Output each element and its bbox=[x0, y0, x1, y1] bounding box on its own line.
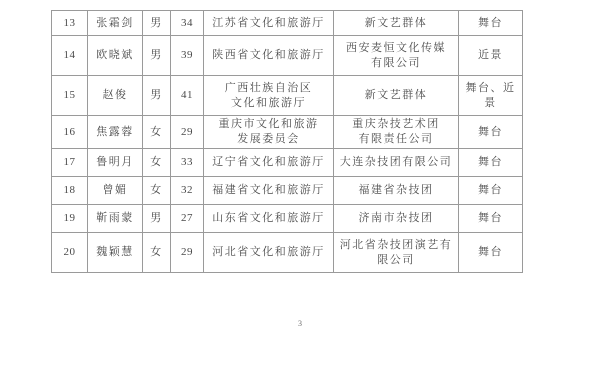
cell-work-unit: 河北省杂技团演艺有 限公司 bbox=[334, 233, 459, 273]
cell-recommending-org: 江苏省文化和旅游厅 bbox=[204, 11, 334, 36]
cell-performance-type: 舞台 bbox=[459, 149, 523, 177]
cell-performance-type: 舞台 bbox=[459, 177, 523, 205]
cell-number: 17 bbox=[52, 149, 88, 177]
cell-performance-type: 舞台 bbox=[459, 116, 523, 149]
cell-gender: 男 bbox=[143, 36, 171, 76]
table-row: 16 焦露蓉 女 29 重庆市文化和旅游 发展委员会 重庆杂技艺术团 有限责任公… bbox=[52, 116, 523, 149]
cell-recommending-org: 陕西省文化和旅游厅 bbox=[204, 36, 334, 76]
cell-age: 39 bbox=[171, 36, 204, 76]
table-row: 13 张霜剑 男 34 江苏省文化和旅游厅 新文艺群体 舞台 bbox=[52, 11, 523, 36]
cell-performance-type: 近景 bbox=[459, 36, 523, 76]
cell-work-unit: 福建省杂技团 bbox=[334, 177, 459, 205]
cell-name: 赵俊 bbox=[88, 76, 143, 116]
table-row: 15 赵俊 男 41 广西壮族自治区 文化和旅游厅 新文艺群体 舞台、近景 bbox=[52, 76, 523, 116]
cell-age: 41 bbox=[171, 76, 204, 116]
cell-number: 14 bbox=[52, 36, 88, 76]
cell-name: 曾媚 bbox=[88, 177, 143, 205]
table-row: 17 鲁明月 女 33 辽宁省文化和旅游厅 大连杂技团有限公司 舞台 bbox=[52, 149, 523, 177]
cell-work-unit: 济南市杂技团 bbox=[334, 205, 459, 233]
cell-age: 29 bbox=[171, 116, 204, 149]
cell-age: 27 bbox=[171, 205, 204, 233]
table-row: 19 靳雨蒙 男 27 山东省文化和旅游厅 济南市杂技团 舞台 bbox=[52, 205, 523, 233]
cell-work-unit: 新文艺群体 bbox=[334, 11, 459, 36]
cell-gender: 女 bbox=[143, 177, 171, 205]
cell-gender: 男 bbox=[143, 76, 171, 116]
cell-name: 魏颖慧 bbox=[88, 233, 143, 273]
cell-number: 19 bbox=[52, 205, 88, 233]
roster-table: 13 张霜剑 男 34 江苏省文化和旅游厅 新文艺群体 舞台 14 欧晓斌 男 … bbox=[51, 10, 523, 273]
cell-gender: 男 bbox=[143, 11, 171, 36]
cell-performance-type: 舞台、近景 bbox=[459, 76, 523, 116]
cell-number: 13 bbox=[52, 11, 88, 36]
table-row: 20 魏颖慧 女 29 河北省文化和旅游厅 河北省杂技团演艺有 限公司 舞台 bbox=[52, 233, 523, 273]
cell-work-unit: 西安麦恒文化传媒 有限公司 bbox=[334, 36, 459, 76]
document-page: 13 张霜剑 男 34 江苏省文化和旅游厅 新文艺群体 舞台 14 欧晓斌 男 … bbox=[0, 0, 600, 368]
cell-gender: 女 bbox=[143, 233, 171, 273]
cell-performance-type: 舞台 bbox=[459, 205, 523, 233]
cell-name: 张霜剑 bbox=[88, 11, 143, 36]
cell-work-unit: 大连杂技团有限公司 bbox=[334, 149, 459, 177]
cell-gender: 女 bbox=[143, 116, 171, 149]
cell-work-unit: 新文艺群体 bbox=[334, 76, 459, 116]
cell-gender: 女 bbox=[143, 149, 171, 177]
cell-name: 焦露蓉 bbox=[88, 116, 143, 149]
table-row: 14 欧晓斌 男 39 陕西省文化和旅游厅 西安麦恒文化传媒 有限公司 近景 bbox=[52, 36, 523, 76]
cell-age: 34 bbox=[171, 11, 204, 36]
cell-age: 29 bbox=[171, 233, 204, 273]
cell-number: 20 bbox=[52, 233, 88, 273]
cell-work-unit: 重庆杂技艺术团 有限责任公司 bbox=[334, 116, 459, 149]
cell-age: 33 bbox=[171, 149, 204, 177]
cell-performance-type: 舞台 bbox=[459, 233, 523, 273]
table-row: 18 曾媚 女 32 福建省文化和旅游厅 福建省杂技团 舞台 bbox=[52, 177, 523, 205]
cell-number: 15 bbox=[52, 76, 88, 116]
cell-number: 18 bbox=[52, 177, 88, 205]
cell-recommending-org: 河北省文化和旅游厅 bbox=[204, 233, 334, 273]
cell-recommending-org: 广西壮族自治区 文化和旅游厅 bbox=[204, 76, 334, 116]
cell-performance-type: 舞台 bbox=[459, 11, 523, 36]
cell-number: 16 bbox=[52, 116, 88, 149]
cell-name: 欧晓斌 bbox=[88, 36, 143, 76]
cell-recommending-org: 福建省文化和旅游厅 bbox=[204, 177, 334, 205]
cell-name: 鲁明月 bbox=[88, 149, 143, 177]
cell-recommending-org: 重庆市文化和旅游 发展委员会 bbox=[204, 116, 334, 149]
page-number: 3 bbox=[0, 319, 600, 329]
cell-recommending-org: 辽宁省文化和旅游厅 bbox=[204, 149, 334, 177]
cell-recommending-org: 山东省文化和旅游厅 bbox=[204, 205, 334, 233]
cell-age: 32 bbox=[171, 177, 204, 205]
cell-gender: 男 bbox=[143, 205, 171, 233]
cell-name: 靳雨蒙 bbox=[88, 205, 143, 233]
